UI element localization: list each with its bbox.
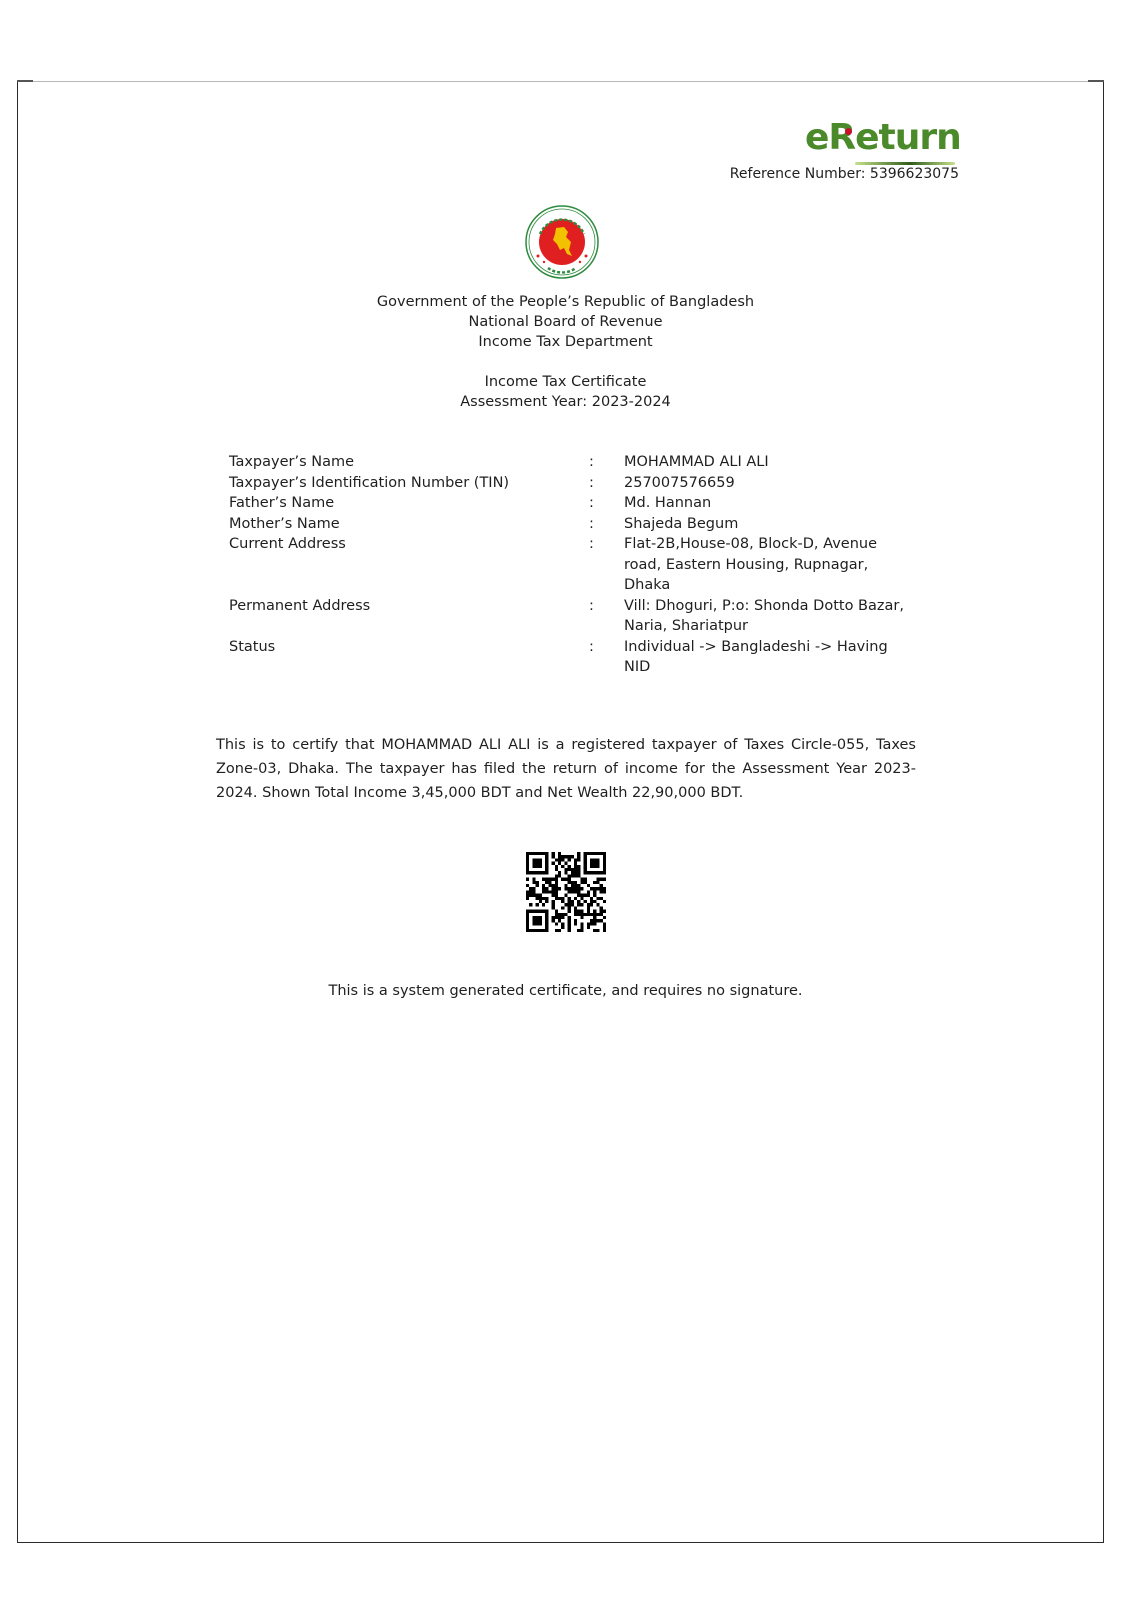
- info-label: Current Address: [229, 534, 589, 596]
- info-label: Father’s Name: [229, 493, 589, 514]
- qr-code-icon: [525, 852, 607, 932]
- info-label: Permanent Address: [229, 596, 589, 637]
- info-separator: :: [589, 514, 624, 535]
- info-row: Current Address:Flat-2B,House-08, Block-…: [229, 534, 919, 596]
- info-label: Taxpayer’s Name: [229, 452, 589, 473]
- info-value: Vill: Dhoguri, P:o: Shonda Dotto Bazar,N…: [624, 596, 919, 637]
- info-value: 257007576659: [624, 473, 919, 494]
- logo-red-dot-icon: [845, 128, 852, 135]
- info-separator: :: [589, 473, 624, 494]
- info-row: Permanent Address:Vill: Dhoguri, P:o: Sh…: [229, 596, 919, 637]
- info-label: Taxpayer’s Identification Number (TIN): [229, 473, 589, 494]
- info-value: Individual -> Bangladeshi -> HavingNID: [624, 637, 919, 678]
- info-separator: :: [589, 493, 624, 514]
- info-label: Status: [229, 637, 589, 678]
- info-value: Md. Hannan: [624, 493, 919, 514]
- footer-note: This is a system generated certificate, …: [0, 981, 1131, 1001]
- info-row: Mother’s Name:Shajeda Begum: [229, 514, 919, 535]
- info-separator: :: [589, 596, 624, 637]
- info-row: Taxpayer’s Identification Number (TIN):2…: [229, 473, 919, 494]
- reference-number: Reference Number: 5396623075: [730, 166, 959, 182]
- certificate-heading: Income Tax Certificate Assessment Year: …: [0, 372, 1131, 412]
- info-row: Status:Individual -> Bangladeshi -> Havi…: [229, 637, 919, 678]
- info-separator: :: [589, 637, 624, 678]
- page-corner-mark: [17, 80, 33, 82]
- logo-underline: [855, 162, 955, 165]
- info-separator: :: [589, 452, 624, 473]
- ereturn-logo-text: eReturn: [805, 118, 961, 158]
- assessment-year: Assessment Year: 2023-2024: [0, 392, 1131, 412]
- info-label: Mother’s Name: [229, 514, 589, 535]
- board-name: National Board of Revenue: [0, 312, 1131, 332]
- ereturn-logo: eReturn: [805, 118, 965, 168]
- certificate-title: Income Tax Certificate: [0, 372, 1131, 392]
- issuing-authority: Government of the People’s Republic of B…: [0, 292, 1131, 352]
- certification-statement: This is to certify that MOHAMMAD ALI ALI…: [216, 733, 916, 805]
- taxpayer-info-table: Taxpayer’s Name:MOHAMMAD ALI ALITaxpayer…: [229, 452, 919, 678]
- government-name: Government of the People’s Republic of B…: [0, 292, 1131, 312]
- reference-value: 5396623075: [870, 166, 959, 182]
- info-row: Taxpayer’s Name:MOHAMMAD ALI ALI: [229, 452, 919, 473]
- government-seal-icon: [524, 204, 600, 280]
- reference-label: Reference Number:: [730, 166, 866, 182]
- info-value: MOHAMMAD ALI ALI: [624, 452, 919, 473]
- info-value: Flat-2B,House-08, Block-D, Avenueroad, E…: [624, 534, 919, 596]
- info-separator: :: [589, 534, 624, 596]
- info-row: Father’s Name:Md. Hannan: [229, 493, 919, 514]
- department-name: Income Tax Department: [0, 332, 1131, 352]
- info-value: Shajeda Begum: [624, 514, 919, 535]
- page-corner-mark: [1088, 80, 1104, 82]
